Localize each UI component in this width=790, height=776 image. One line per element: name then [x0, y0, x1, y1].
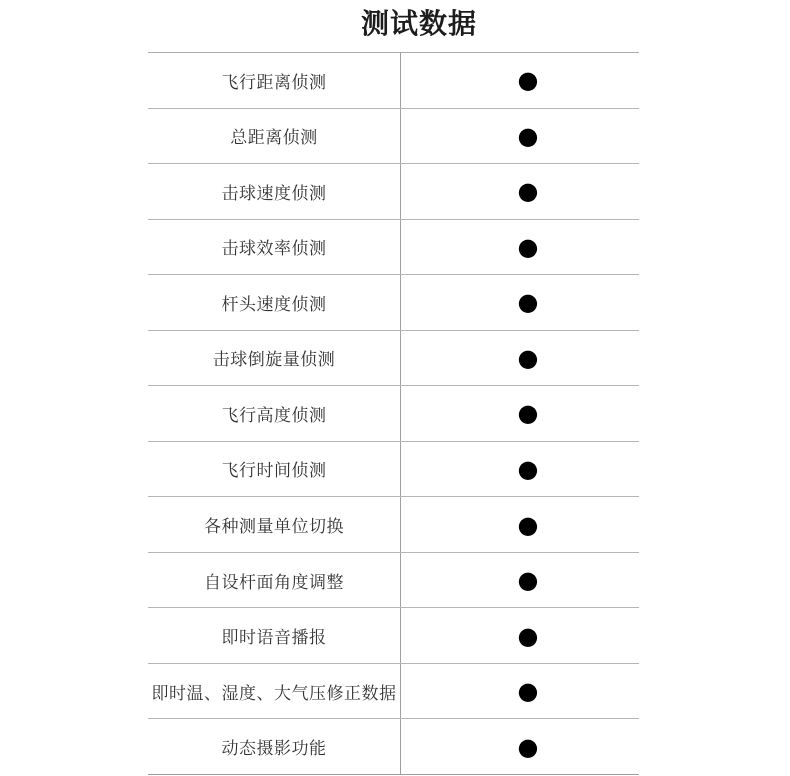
feature-supported-cell: ● [401, 164, 639, 219]
table-row: 击球效率侦测 ● [148, 220, 639, 276]
feature-label: 总距离侦测 [230, 123, 318, 148]
feature-name-cell: 飞行高度侦测 [148, 386, 401, 441]
feature-label: 击球效率侦测 [222, 234, 327, 259]
filled-dot-icon: ● [518, 290, 539, 314]
feature-label: 杆头速度侦测 [222, 290, 327, 315]
table-row: 击球倒旋量侦测 ● [148, 331, 639, 387]
feature-name-cell: 击球速度侦测 [148, 164, 401, 219]
filled-dot-icon: ● [518, 68, 539, 92]
table-row: 总距离侦测 ● [148, 109, 639, 165]
table-row: 动态摄影功能 ● [148, 719, 639, 774]
feature-name-cell: 即时温、湿度、大气压修正数据 [148, 664, 401, 719]
filled-dot-icon: ● [518, 346, 539, 370]
feature-label: 动态摄影功能 [222, 734, 327, 759]
filled-dot-icon: ● [518, 568, 539, 592]
table-row: 飞行时间侦测 ● [148, 442, 639, 498]
feature-name-cell: 总距离侦测 [148, 109, 401, 164]
feature-supported-cell: ● [401, 553, 639, 608]
filled-dot-icon: ● [518, 457, 539, 481]
feature-name-cell: 各种测量单位切换 [148, 497, 401, 552]
feature-label: 飞行高度侦测 [222, 401, 327, 426]
feature-supported-cell: ● [401, 331, 639, 386]
table-row: 即时语音播报 ● [148, 608, 639, 664]
feature-name-cell: 动态摄影功能 [148, 719, 401, 774]
page-title: 测试数据 [48, 7, 790, 41]
feature-supported-cell: ● [401, 442, 639, 497]
table-row: 飞行高度侦测 ● [148, 386, 639, 442]
feature-name-cell: 即时语音播报 [148, 608, 401, 663]
table-row: 飞行距离侦测 ● [148, 53, 639, 109]
table-row: 击球速度侦测 ● [148, 164, 639, 220]
filled-dot-icon: ● [518, 179, 539, 203]
filled-dot-icon: ● [518, 513, 539, 537]
feature-name-cell: 飞行时间侦测 [148, 442, 401, 497]
feature-supported-cell: ● [401, 497, 639, 552]
table-row: 杆头速度侦测 ● [148, 275, 639, 331]
feature-name-cell: 飞行距离侦测 [148, 53, 401, 108]
feature-name-cell: 杆头速度侦测 [148, 275, 401, 330]
feature-label: 击球速度侦测 [222, 179, 327, 204]
filled-dot-icon: ● [518, 124, 539, 148]
feature-label: 击球倒旋量侦测 [213, 345, 336, 370]
table-row: 自设杆面角度调整 ● [148, 553, 639, 609]
feature-name-cell: 击球倒旋量侦测 [148, 331, 401, 386]
feature-supported-cell: ● [401, 386, 639, 441]
table-row: 即时温、湿度、大气压修正数据 ● [148, 664, 639, 720]
feature-supported-cell: ● [401, 220, 639, 275]
feature-supported-cell: ● [401, 275, 639, 330]
filled-dot-icon: ● [518, 624, 539, 648]
feature-supported-cell: ● [401, 608, 639, 663]
page: 测试数据 飞行距离侦测 ● 总距离侦测 ● 击球速度侦测 ● 击球效率侦测 ● [0, 0, 790, 776]
feature-label: 即时温、湿度、大气压修正数据 [152, 679, 397, 704]
feature-supported-cell: ● [401, 719, 639, 774]
feature-supported-cell: ● [401, 664, 639, 719]
feature-label: 自设杆面角度调整 [204, 568, 344, 593]
feature-label: 各种测量单位切换 [204, 512, 344, 537]
feature-name-cell: 自设杆面角度调整 [148, 553, 401, 608]
feature-label: 飞行距离侦测 [222, 68, 327, 93]
feature-supported-cell: ● [401, 53, 639, 108]
filled-dot-icon: ● [518, 235, 539, 259]
feature-name-cell: 击球效率侦测 [148, 220, 401, 275]
feature-label: 即时语音播报 [222, 623, 327, 648]
filled-dot-icon: ● [518, 401, 539, 425]
table-row: 各种测量单位切换 ● [148, 497, 639, 553]
feature-label: 飞行时间侦测 [222, 456, 327, 481]
filled-dot-icon: ● [518, 735, 539, 759]
filled-dot-icon: ● [518, 679, 539, 703]
spec-table: 飞行距离侦测 ● 总距离侦测 ● 击球速度侦测 ● 击球效率侦测 ● 杆头速度侦… [148, 52, 639, 775]
feature-supported-cell: ● [401, 109, 639, 164]
